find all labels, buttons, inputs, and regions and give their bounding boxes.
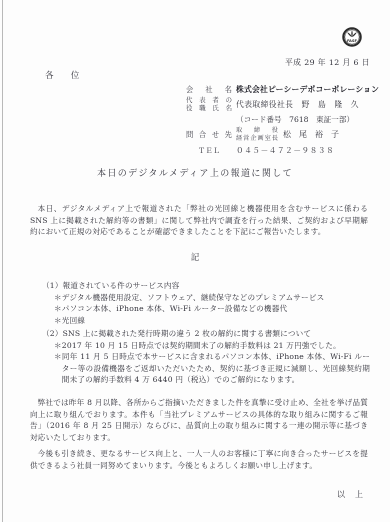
contact-label: 問合せ先 bbox=[186, 130, 232, 140]
section2-heading: （2）SNS 上に掲載された発行時期の違う 2 枚の解約に関する書類について bbox=[42, 328, 372, 339]
recipient-text: 各 位 bbox=[45, 69, 79, 81]
contact-person-name: 松 尾 裕 子 bbox=[283, 129, 339, 140]
document-page: FASF 平成 29 年 12 月 6 日 各 位 会社名 株式会社ピーシーデポ… bbox=[0, 0, 390, 522]
contact-row: 問合せ先 取締役 経営企画室長 松 尾 裕 子 bbox=[186, 127, 378, 142]
document-title: 本日のデジタルメディア上の報道に関して bbox=[0, 166, 390, 179]
seal-label: FASF bbox=[347, 39, 358, 43]
tel-label: ＴＥＬ bbox=[186, 145, 232, 156]
representative-label: 代表者の 役職氏名 bbox=[186, 97, 232, 112]
tel-value: ０４５－４７２－９８３８ bbox=[236, 145, 334, 156]
section1-items: ＊デジタル機器使用設定、ソフトウェア、継続保守などのプレミアムサービス ＊パソコ… bbox=[54, 292, 370, 326]
list-item: ＊光回線 bbox=[54, 315, 370, 326]
list-item: ＊同年 11 月 5 日時点で本サービスに含まれるパソコン本体、iPhone 本… bbox=[54, 351, 370, 385]
company-info-block: 会社名 株式会社ピーシーデポコーポレーション 代表者の 役職氏名 代表取締役社長… bbox=[186, 84, 378, 156]
company-name-row: 会社名 株式会社ピーシーデポコーポレーション bbox=[186, 84, 378, 95]
list-item: ＊2017 年 10 月 15 日時点では契約期間未了の解約手数料は 21 万円… bbox=[54, 340, 370, 351]
closing-text: 以 上 bbox=[337, 489, 364, 500]
date-text: 平成 29 年 12 月 6 日 bbox=[285, 57, 370, 68]
list-item: ＊パソコン本体、iPhone 本体、Wi-Fi ルーター設備などの機器代 bbox=[54, 303, 370, 314]
closing-paragraph: 今後も引き続き、更なるサービス向上と、一人一人のお客様に丁寧に向き合ったサービス… bbox=[30, 448, 368, 471]
stock-code-row: （コード番号 7618 東証一部） bbox=[186, 114, 378, 125]
intro-paragraph: 本日、デジタルメディア上で報道された「弊社の光回線と機器使用を含むサービスに係わ… bbox=[30, 203, 368, 238]
contact-value: 取締役 経営企画室長 松 尾 裕 子 bbox=[236, 127, 339, 142]
contact-titles: 取締役 経営企画室長 bbox=[236, 127, 278, 142]
section1-heading: （1）報道されている件のサービス内容 bbox=[42, 280, 372, 291]
representative-value: 代表取締役社長 野 島 隆 久 bbox=[236, 99, 359, 110]
quality-paragraph: 弊社では昨年 8 月以降、各所からご指摘いただきました件を真摯に受け止め、全社を… bbox=[30, 397, 368, 443]
fasf-seal-icon: FASF bbox=[342, 27, 362, 47]
tel-row: ＴＥＬ ０４５－４７２－９８３８ bbox=[186, 145, 378, 156]
representative-row: 代表者の 役職氏名 代表取締役社長 野 島 隆 久 bbox=[186, 97, 378, 112]
section2-items: ＊2017 年 10 月 15 日時点では契約期間未了の解約手数料は 21 万円… bbox=[54, 340, 370, 386]
company-name-label: 会社名 bbox=[186, 85, 232, 95]
list-item: ＊デジタル機器使用設定、ソフトウェア、継続保守などのプレミアムサービス bbox=[54, 292, 370, 303]
stock-code-value: （コード番号 7618 東証一部） bbox=[236, 114, 354, 125]
company-name-value: 株式会社ピーシーデポコーポレーション bbox=[236, 84, 379, 95]
ki-marker: 記 bbox=[0, 251, 390, 263]
